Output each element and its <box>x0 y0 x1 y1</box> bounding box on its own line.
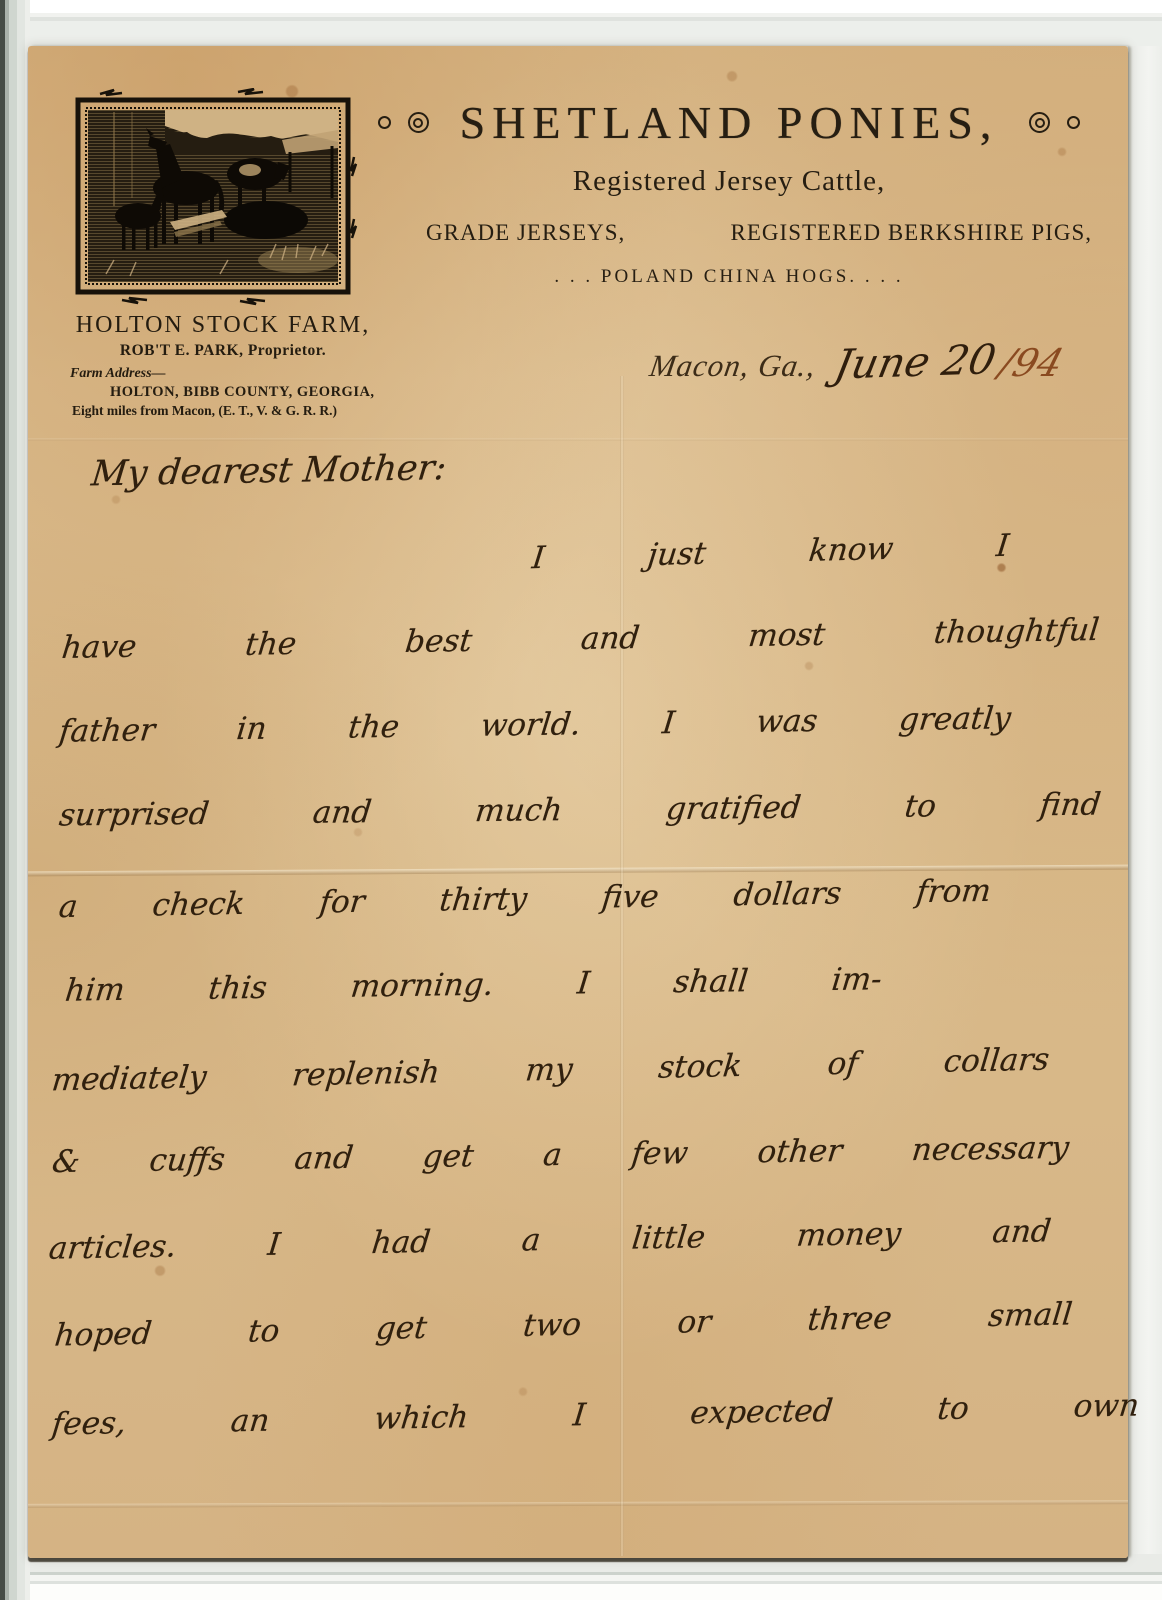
products-letterhead-block: SHETLAND PONIES, Registered Jersey Cattl… <box>348 96 1110 288</box>
letter-line: father in the world. I was greatly <box>57 701 1012 748</box>
letter-line: fees, an which I expected to own <box>50 1389 1141 1442</box>
product-line-poland-china-hogs: . . . POLAND CHINA HOGS. . . . <box>348 266 1110 288</box>
sleeve-right-edge <box>1128 0 1162 1600</box>
dateline-year-handwritten: /94 <box>994 341 1068 385</box>
letter-line: & cuffs and get a few other necessary <box>50 1131 1070 1179</box>
letter-paper: HOLTON STOCK FARM, ROB'T E. PARK, Propri… <box>28 46 1128 1558</box>
letter-line: a check for thirty five dollars from <box>57 874 992 924</box>
letter-line: mediately replenish my stock of collars <box>50 1043 1051 1098</box>
product-berkshire-pigs: REGISTERED BERKSHIRE PIGS, <box>731 220 1092 246</box>
page-title: SHETLAND PONIES, <box>460 96 999 149</box>
product-grade-jerseys: GRADE JERSEYS, <box>426 220 625 246</box>
farm-engraving-image <box>70 88 360 306</box>
dateline-date-handwritten: June 20 <box>831 335 1000 389</box>
sleeve-bottom-edge <box>0 1554 1162 1600</box>
letter-line: articles. I had a little money and <box>47 1214 1053 1266</box>
fold-crease <box>28 438 1128 441</box>
letter-line: have the best and most thoughtful <box>60 613 1101 665</box>
sleeve-left-edge <box>0 0 30 1600</box>
product-line-row: GRADE JERSEYS, REGISTERED BERKSHIRE PIGS… <box>348 220 1110 246</box>
salutation-line: My dearest Mother: <box>89 446 594 495</box>
ornament-ring-icon <box>378 116 391 129</box>
letter-line: I just know I <box>530 529 1010 576</box>
dateline-place: Macon, Ga., <box>647 348 819 384</box>
farm-address-line2: Eight miles from Macon, (E. T., V. & G. … <box>72 403 398 419</box>
main-title-row: SHETLAND PONIES, <box>348 96 1110 149</box>
ornament-bullseye-icon <box>408 112 429 133</box>
ornament-bullseye-icon <box>1029 112 1050 133</box>
farm-letterhead-block: HOLTON STOCK FARM, ROB'T E. PARK, Propri… <box>48 88 398 419</box>
farm-address-line1: HOLTON, BIBB COUNTY, GEORGIA, <box>110 384 398 401</box>
letter-line: him this morning. I shall im- <box>63 962 883 1007</box>
farm-address-label: Farm Address— <box>70 366 398 382</box>
product-line-jersey-cattle: Registered Jersey Cattle, <box>348 165 1110 198</box>
sleeve-top-edge <box>0 0 1162 46</box>
ornament-ring-icon <box>1067 116 1080 129</box>
fold-crease <box>28 1500 1128 1508</box>
letter-line: hoped to get two or three small <box>53 1297 1074 1352</box>
dateline: Macon, Ga., June 20 /94 <box>650 338 1062 386</box>
letter-line: surprised and much gratified to find <box>57 788 1102 833</box>
farm-name: HOLTON STOCK FARM, <box>48 312 398 339</box>
proprietor-line: ROB'T E. PARK, Proprietor. <box>48 342 398 360</box>
